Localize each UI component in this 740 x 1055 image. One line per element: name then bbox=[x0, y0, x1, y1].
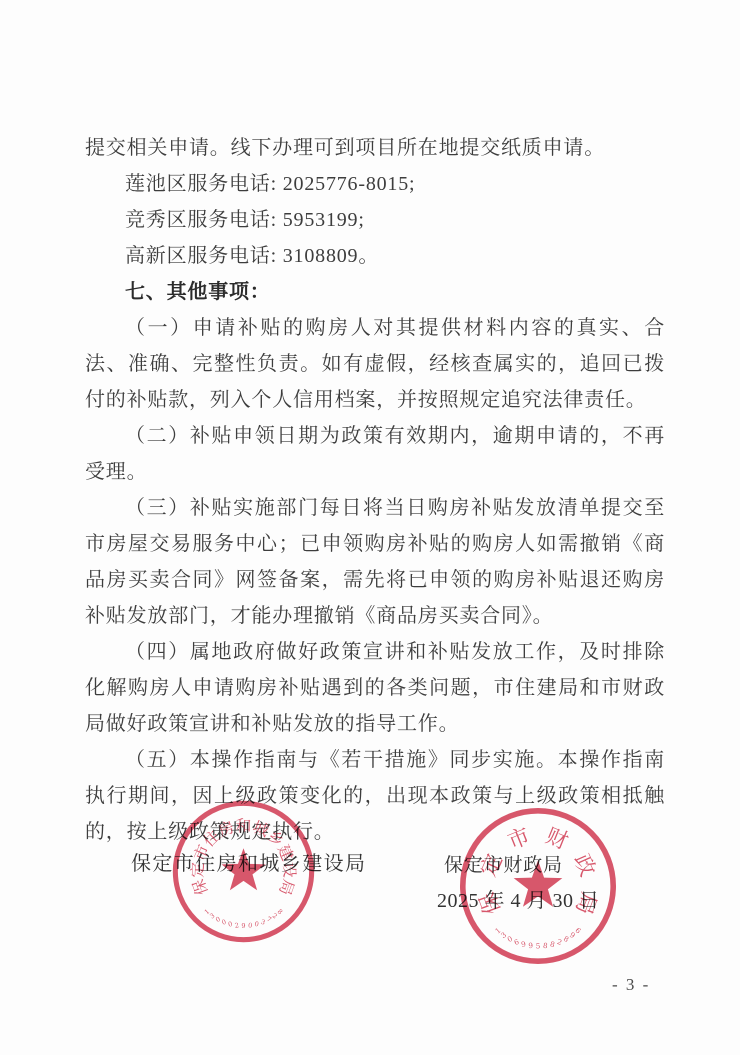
svg-text:2: 2 bbox=[234, 921, 239, 929]
paragraph-item-1: （一）申请补贴的购房人对其提供材料内容的真实、合法、准确、完整性负责。如有虚假，… bbox=[85, 310, 665, 418]
phone-line-lianchi: 莲池区服务电话: 2025776-8015; bbox=[85, 166, 665, 202]
svg-text:政: 政 bbox=[568, 851, 600, 881]
phone-line-jingxiu: 竞秀区服务电话: 5953199; bbox=[85, 202, 665, 238]
section-heading: 七、其他事项： bbox=[85, 274, 665, 310]
svg-text:保: 保 bbox=[475, 888, 506, 917]
svg-text:2: 2 bbox=[556, 937, 563, 947]
svg-text:定: 定 bbox=[189, 861, 208, 878]
svg-text:9: 9 bbox=[520, 939, 527, 949]
paragraph-continuation: 提交相关申请。线下办理可到项目所在地提交纸质申请。 bbox=[85, 130, 665, 166]
svg-text:市: 市 bbox=[504, 824, 533, 855]
svg-text:局: 局 bbox=[275, 877, 297, 898]
svg-text:保: 保 bbox=[189, 876, 211, 897]
document-page: 提交相关申请。线下办理可到项目所在地提交纸质申请。 莲池区服务电话: 20257… bbox=[0, 0, 740, 1055]
svg-text:6: 6 bbox=[513, 937, 521, 947]
finance-bureau-seal: 保定市财政局1306995882896 bbox=[458, 806, 618, 966]
svg-text:财: 财 bbox=[542, 824, 572, 855]
svg-text:9: 9 bbox=[241, 922, 245, 930]
housing-bureau-seal: 保定市住房和城乡建设局1300029003728 bbox=[167, 799, 320, 944]
paragraph-item-2: （二）补贴申领日期为政策有效期内，逾期申请的，不再受理。 bbox=[85, 418, 665, 490]
svg-text:0: 0 bbox=[254, 920, 260, 929]
svg-text:9: 9 bbox=[528, 941, 534, 951]
svg-text:定: 定 bbox=[476, 851, 508, 881]
document-body: 提交相关申请。线下办理可到项目所在地提交纸质申请。 莲池区服务电话: 20257… bbox=[85, 130, 665, 850]
svg-text:设: 设 bbox=[280, 862, 299, 879]
svg-text:0: 0 bbox=[227, 920, 233, 929]
svg-text:0: 0 bbox=[248, 921, 253, 929]
phone-line-gaoxin: 高新区服务电话: 3108809。 bbox=[85, 238, 665, 274]
paragraph-item-3: （三）补贴实施部门每日将当日购房补贴发放清单提交至市房屋交易服务中心；已申领购房… bbox=[85, 490, 665, 634]
svg-text:和: 和 bbox=[236, 817, 252, 835]
svg-text:0: 0 bbox=[221, 918, 228, 927]
svg-text:3: 3 bbox=[260, 918, 267, 927]
page-number: - 3 - bbox=[612, 975, 650, 995]
paragraph-item-4: （四）属地政府做好政策宣讲和补贴发放工作，及时排除化解购房人申请购房补贴遇到的各… bbox=[85, 634, 665, 742]
svg-text:5: 5 bbox=[536, 942, 541, 951]
svg-text:局: 局 bbox=[570, 889, 601, 918]
svg-text:8: 8 bbox=[542, 941, 548, 951]
svg-text:8: 8 bbox=[549, 939, 556, 949]
